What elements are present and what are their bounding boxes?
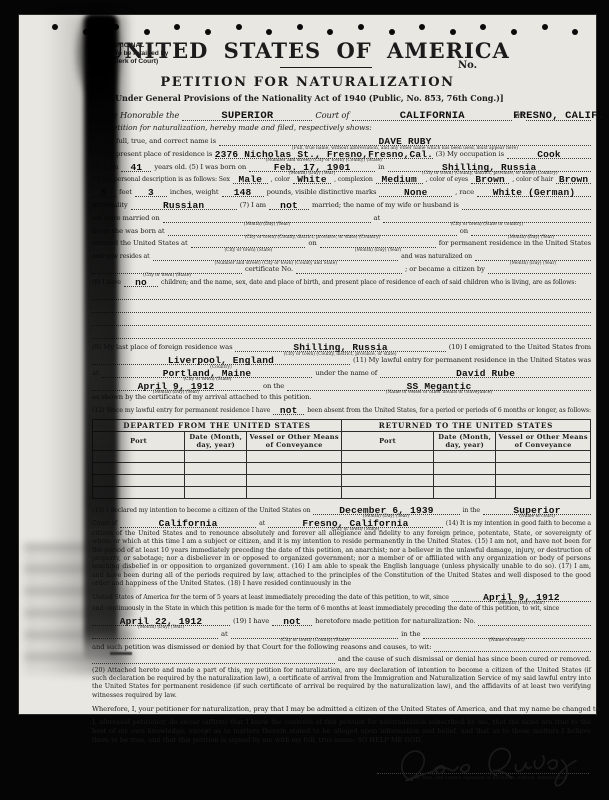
table-cell: [496, 486, 591, 498]
form-line: To the Honorable theSUPERIORCourt ofCALI…: [92, 108, 591, 121]
typed-value: White: [297, 174, 327, 185]
form-line: we were married on(Month) (Day) (Year)at…: [92, 212, 591, 223]
scanned-document: ORIGINAL (To be retained by Clerk of Cou…: [0, 0, 609, 800]
form-label: for permanent residence in the United St…: [439, 239, 591, 248]
punch-hole: [450, 29, 456, 35]
form-label: and continuously in the State in which t…: [92, 605, 559, 613]
dotted-line: not: [269, 199, 309, 210]
form-label: and was naturalized on: [401, 253, 472, 261]
dotted-line: 2376 Nicholas St., Fresno,Fresno,Cal.(Nu…: [215, 148, 432, 159]
signature-handwriting: [392, 737, 609, 793]
form-label: children; and the name, sex, date and pl…: [161, 279, 576, 287]
form-line: [92, 289, 591, 300]
form-label: , color of eyes: [426, 176, 468, 184]
dotted-line: no: [124, 276, 158, 287]
form-label: (2) My present place of residence is: [92, 150, 212, 159]
dotted-line: Russian: [131, 199, 237, 210]
typed-value: None: [404, 187, 428, 198]
typed-value: no: [135, 277, 147, 288]
table-cell: [93, 474, 185, 486]
typed-value: 41: [130, 162, 142, 173]
table-column-header: Port: [341, 431, 433, 450]
dotted-line: Medium: [376, 173, 423, 184]
form-label: , complexion: [334, 176, 373, 184]
form-label: at: [92, 369, 99, 378]
table-column-header: Date (Month, day, year): [185, 431, 247, 450]
form-label: heretofore made petition for naturalizat…: [315, 617, 475, 626]
dotted-line: (City or town) (State): [191, 237, 306, 248]
table-column-header: Vessel or Other Means of Conveyance: [247, 431, 342, 450]
form-label: (7) I am: [240, 201, 266, 210]
table-cell: [93, 450, 185, 462]
form-label: (14) It is my intention in good faith to…: [446, 520, 591, 528]
form-label: Court of: [315, 110, 349, 121]
dotted-line: (City or town) (State or country): [383, 212, 591, 223]
table-header-row: PortDate (Month, day, year)Vessel or Oth…: [93, 431, 591, 450]
dotted-line: (Month) (Day) (Year): [471, 225, 591, 236]
table-cell: [93, 462, 185, 474]
dotted-line: Brown: [471, 173, 509, 184]
table-cell: [341, 474, 433, 486]
table-column-header: Date (Month, day, year): [434, 431, 496, 450]
dotted-line: DAVE RUBY(Full, true name, without abbre…: [219, 135, 591, 146]
dotted-line: Cook: [507, 148, 591, 159]
form-label: been absent from the United States, for …: [307, 407, 591, 415]
punch-hole: [113, 24, 119, 30]
form-line: (4) I am41years old. (5) I was born onFe…: [92, 161, 591, 172]
petition-number-label: No.: [458, 60, 477, 71]
dotted-line: 3: [135, 186, 167, 197]
table-cell: [496, 462, 591, 474]
form-label: (19) I have: [233, 617, 269, 626]
signature-zone: (Full, true, and correct signature of pe…: [92, 751, 591, 795]
table-cell: [185, 450, 247, 462]
document-title: UNITED STATES OF AMERICA: [18, 38, 597, 63]
dotted-line: White (German): [477, 186, 591, 197]
form-line: (City or town) (State)certificate No.; o…: [92, 263, 591, 274]
typed-value: April 9, 1912: [138, 381, 215, 392]
form-lines: (1) My full, true, and correct name isDA…: [92, 135, 591, 415]
dotted-line: FRESNO, CALIF.: [526, 110, 591, 121]
form-line: Liverpool, England(Country)(11) My lawfu…: [92, 354, 591, 365]
document-page: ORIGINAL (To be retained by Clerk of Cou…: [18, 14, 597, 715]
typed-value: Feb. 17, 1901: [274, 162, 351, 173]
dotted-line: [92, 315, 591, 326]
dotted-line: Shilling, Russia(City or town) (County, …: [388, 161, 591, 172]
form-label: (8) I have: [92, 279, 121, 287]
typed-value: White (German): [493, 187, 576, 198]
form-label: (9) My last place of foreign residence w…: [92, 343, 232, 352]
typed-value: not: [283, 616, 301, 627]
punch-hole: [144, 29, 150, 35]
form-line: entered the United States at(City or tow…: [92, 237, 591, 248]
typed-value: Russian: [163, 200, 204, 211]
typed-value: Liverpool, England: [168, 355, 274, 366]
dotted-line: April 9, 1912(Month) (Day) (Year): [452, 591, 591, 602]
dotted-line: [92, 628, 218, 639]
form-label: at: [221, 630, 228, 639]
form-label: (12) Since my lawful entry for permanent…: [92, 407, 270, 415]
form-line: and such petition was dismissed or denie…: [92, 641, 591, 652]
punch-hole: [358, 24, 364, 30]
form-line: (12) Since my lawful entry for permanent…: [92, 404, 591, 415]
form-label: nationality: [92, 201, 128, 210]
typed-value: Portland, Maine: [163, 368, 252, 379]
form-line: (1) My full, true, and correct name isDA…: [92, 135, 591, 146]
form-body: To the Honorable theSUPERIORCourt ofCALI…: [92, 108, 591, 795]
form-label: Wherefore, I, your petitioner for natura…: [92, 705, 600, 714]
dotted-line: April 9, 1912(Month) (Day) (Year): [92, 380, 260, 391]
table-group-row: DEPARTED FROM THE UNITED STATESRETURNED …: [93, 419, 591, 431]
form-label: at: [374, 214, 381, 223]
form-label: (10) I emigrated to the United States fr…: [449, 343, 591, 352]
typed-value: not: [280, 405, 298, 416]
dotted-line: [462, 199, 591, 210]
form-line: April 9, 1912(Month) (Day) (Year)on theS…: [92, 380, 591, 391]
dotted-line: CALIFORNIA: [352, 110, 512, 121]
table-cell: [341, 450, 433, 462]
dotted-line: [92, 302, 591, 313]
form-label: inches, weight: [170, 188, 219, 197]
dotted-line: 148: [222, 186, 264, 197]
punch-hole: [297, 24, 303, 30]
form-label: as shown by the certificate of my arriva…: [92, 393, 311, 402]
dotted-line: April 22, 1912(Month) (Day) (Year): [92, 615, 230, 626]
dotted-line: (City or town) (County) (State): [231, 628, 399, 639]
title-rule: [280, 67, 372, 68]
typed-value: 5: [101, 187, 107, 198]
form-line: (6) My personal description is as follow…: [92, 173, 591, 184]
dotted-line: Portland, Maine(City or town) (State): [102, 367, 313, 378]
form-number-mark: [110, 652, 132, 655]
typed-value: Brown: [475, 174, 505, 185]
typed-value: CALIFORNIA: [400, 110, 465, 122]
dotted-line: SUPERIOR: [182, 110, 312, 121]
form-lines: (13) I declared my intention to become a…: [92, 504, 591, 714]
table-cell: [496, 450, 591, 462]
form-label: United States of America for the term of…: [92, 594, 449, 602]
dotted-line: 41: [121, 161, 151, 172]
table-row: [93, 486, 591, 498]
dotted-line: [478, 615, 591, 626]
punch-hole: [52, 24, 58, 30]
table-cell: [185, 474, 247, 486]
dotted-line: not: [272, 615, 312, 626]
typed-value: Shilling, Russia: [442, 162, 536, 173]
form-label: on: [460, 227, 468, 236]
table-cell: [247, 450, 342, 462]
form-label: feet: [119, 188, 132, 197]
typed-value: Male: [239, 174, 263, 185]
typed-value: Brown: [559, 174, 589, 185]
typed-value: SUPERIOR: [221, 110, 273, 122]
punch-hole: [419, 24, 425, 30]
typed-value: 148: [234, 187, 252, 198]
table-cell: [185, 462, 247, 474]
form-line: (2) My present place of residence is2376…: [92, 148, 591, 159]
table-row: [93, 450, 591, 462]
table-cell: [496, 474, 591, 486]
form-label: (11) My lawful entry for permanent resid…: [353, 356, 591, 365]
dotted-line: [296, 263, 402, 274]
dotted-line: Brown: [556, 173, 591, 184]
form-label: (3) My occupation is: [436, 150, 504, 159]
form-line: atPortland, Maine(City or town) (State)u…: [92, 367, 591, 378]
form-label: in the: [463, 507, 480, 515]
punch-hole: [174, 24, 180, 30]
form-label: (4) I am: [92, 163, 118, 172]
form-label: Court of: [92, 520, 117, 528]
punch-hole: [266, 29, 272, 35]
table-cell: [341, 462, 433, 474]
form-line: and now resides at(Number and street) (C…: [92, 250, 591, 261]
dotted-line: December 6, 1939(Month) (Day) (Year): [313, 504, 459, 515]
typed-value: California: [159, 518, 218, 529]
table-cell: [247, 474, 342, 486]
form-label: at: [259, 520, 265, 528]
typed-value: Cook: [537, 149, 561, 160]
dotted-line: Fresno, California(City or town) (State): [268, 517, 443, 528]
dotted-line: Liverpool, England(Country): [92, 354, 350, 365]
absence-table-grid: DEPARTED FROM THE UNITED STATESRETURNED …: [92, 419, 591, 499]
form-label: , color of hair: [512, 176, 553, 184]
form-label: we were married on: [92, 214, 160, 223]
dotted-line: [434, 641, 591, 652]
dotted-line: 5: [92, 186, 116, 197]
table-column-header: Vessel or Other Means of Conveyance: [496, 431, 591, 450]
dotted-line: (Name of court): [423, 628, 591, 639]
typed-value: DAVE RUBY: [378, 136, 431, 147]
form-label: , race: [455, 188, 474, 197]
typed-value: not: [280, 200, 298, 211]
form-label: and such petition was dismissed or denie…: [92, 643, 431, 652]
table-cell: [434, 486, 496, 498]
form-label: pounds, visible distinctive marks: [267, 188, 377, 197]
dotted-line: [92, 328, 591, 339]
form-line: 5feet3inches, weight148pounds, visible d…: [92, 186, 591, 197]
dotted-line: David Rube: [380, 367, 591, 378]
dotted-line: California: [120, 517, 256, 528]
form-paragraph: (20) Attached hereto and made a part of …: [92, 667, 591, 700]
table-cell: [247, 462, 342, 474]
dotted-line: [488, 263, 591, 274]
typed-value: December 6, 1939: [339, 505, 433, 516]
form-line: United States of America for the term of…: [92, 591, 591, 602]
form-line: Court ofCaliforniaatFresno, California(C…: [92, 517, 591, 528]
typed-value: Superior: [513, 505, 560, 516]
dotted-line: (Month) (Day) (Year): [320, 237, 436, 248]
form-label: (1) My full, true, and correct name is: [92, 137, 216, 146]
dotted-line: Superior(Name of court): [483, 504, 591, 515]
form-line: and continuously in the State in which t…: [92, 604, 591, 614]
dotted-line: (Month) (Day) (Year): [475, 250, 591, 261]
document-subtitle: PETITION FOR NATURALIZATION: [18, 75, 597, 90]
form-label: and the cause of such dismissal or denia…: [338, 655, 591, 664]
dotted-line: [92, 289, 591, 300]
dotted-line: SS Megantic(Name of vessel or other mean…: [287, 380, 591, 391]
form-label: (13) I declared my intention to become a…: [92, 507, 310, 515]
absence-table: DEPARTED FROM THE UNITED STATESRETURNED …: [92, 419, 591, 499]
form-paragraph: citizen of the United States and to reno…: [92, 530, 591, 588]
form-line: (9) My last place of foreign residence w…: [92, 341, 591, 352]
form-label: in the: [401, 630, 420, 639]
dotted-line: (Number and street) (City or town) (Coun…: [153, 250, 399, 261]
punch-hole: [236, 24, 242, 30]
form-label: ; or became a citizen by: [405, 265, 485, 274]
form-label: under the name of: [315, 369, 377, 378]
table-row: [93, 474, 591, 486]
punch-hole: [389, 29, 395, 35]
form-line: at(City or town) (County) (State)in the(…: [92, 628, 591, 639]
form-line: (13) I declared my intention to become a…: [92, 504, 591, 515]
shows-line: The petition for naturalization, hereby …: [92, 123, 591, 132]
form-line: and the cause of such dismissal or denia…: [92, 653, 591, 664]
dotted-line: not: [273, 404, 304, 415]
punch-hole: [511, 29, 517, 35]
typed-value: David Rube: [456, 368, 515, 379]
dotted-line: Male: [233, 173, 268, 184]
table-group-header: RETURNED TO THE UNITED STATES: [341, 419, 590, 431]
form-label: entered the United States at: [92, 239, 188, 248]
punch-hole: [542, 24, 548, 30]
table-cell: [434, 474, 496, 486]
form-line: as shown by the certificate of my arriva…: [92, 393, 591, 403]
dotted-line: White: [293, 173, 331, 184]
form-label: in: [378, 163, 384, 172]
typed-value: 3: [148, 187, 154, 198]
form-label: on the: [263, 382, 284, 391]
form-label: years old. (5) I was born on: [154, 163, 246, 172]
table-row: [93, 462, 591, 474]
form-line: [92, 328, 591, 339]
table-cell: [93, 486, 185, 498]
typed-value: Medium: [382, 174, 417, 185]
typed-value: April 9, 1912: [483, 592, 560, 603]
form-label: he or she was born at: [92, 227, 165, 236]
punch-hole: [205, 29, 211, 35]
form-label: To the Honorable the: [92, 110, 179, 121]
typed-value: 2376 Nicholas St., Fresno,Fresno,Cal.: [215, 149, 433, 160]
form-label: on: [308, 239, 316, 248]
table-cell: [185, 486, 247, 498]
table-cell: [247, 486, 342, 498]
typed-value: SS Megantic: [407, 381, 472, 392]
typed-value: April 22, 1912: [120, 616, 203, 627]
form-line: [92, 302, 591, 313]
punch-hole: [83, 29, 89, 35]
dotted-line: Feb. 17, 1901(Month) (Day) (Year): [249, 161, 375, 172]
form-line: he or she was born at(City or town) (Cou…: [92, 225, 591, 236]
act-citation: [Under General Provisions of the Nationa…: [18, 93, 597, 103]
form-line: [92, 315, 591, 326]
typed-value: Fresno, California: [302, 518, 408, 529]
form-line: April 22, 1912(Month) (Day) (Year)(19) I…: [92, 615, 591, 626]
table-column-header: Port: [93, 431, 185, 450]
dotted-line: Shilling, Russia(City or town) (County, …: [235, 341, 445, 352]
form-line: (8) I havenochildren; and the name, sex,…: [92, 276, 591, 287]
typed-value: Shilling, Russia: [293, 342, 387, 353]
dotted-line: None: [379, 186, 452, 197]
dotted-line: (City or town) (County, district, provin…: [168, 225, 457, 236]
punch-hole: [327, 29, 333, 35]
form-label: , color: [271, 176, 290, 184]
table-cell: [434, 462, 496, 474]
table-cell: [434, 450, 496, 462]
table-cell: [341, 486, 433, 498]
form-label: certificate No.: [245, 265, 293, 274]
form-label: married; the name of my wife or husband …: [312, 201, 459, 210]
dotted-line: (City or town) (State): [92, 263, 242, 274]
typed-value: FRESNO, CALIF.: [513, 110, 604, 122]
form-label: and now resides at: [92, 253, 150, 261]
punch-hole: [572, 29, 578, 35]
form-line: Wherefore, I, your petitioner for natura…: [92, 703, 591, 714]
punch-hole: [480, 24, 486, 30]
table-group-header: DEPARTED FROM THE UNITED STATES: [93, 419, 342, 431]
dotted-line: (Month) (Day) (Year): [163, 212, 371, 223]
form-line: nationalityRussian(7) I amnotmarried; th…: [92, 199, 591, 210]
form-label: (6) My personal description is as follow…: [92, 176, 230, 184]
